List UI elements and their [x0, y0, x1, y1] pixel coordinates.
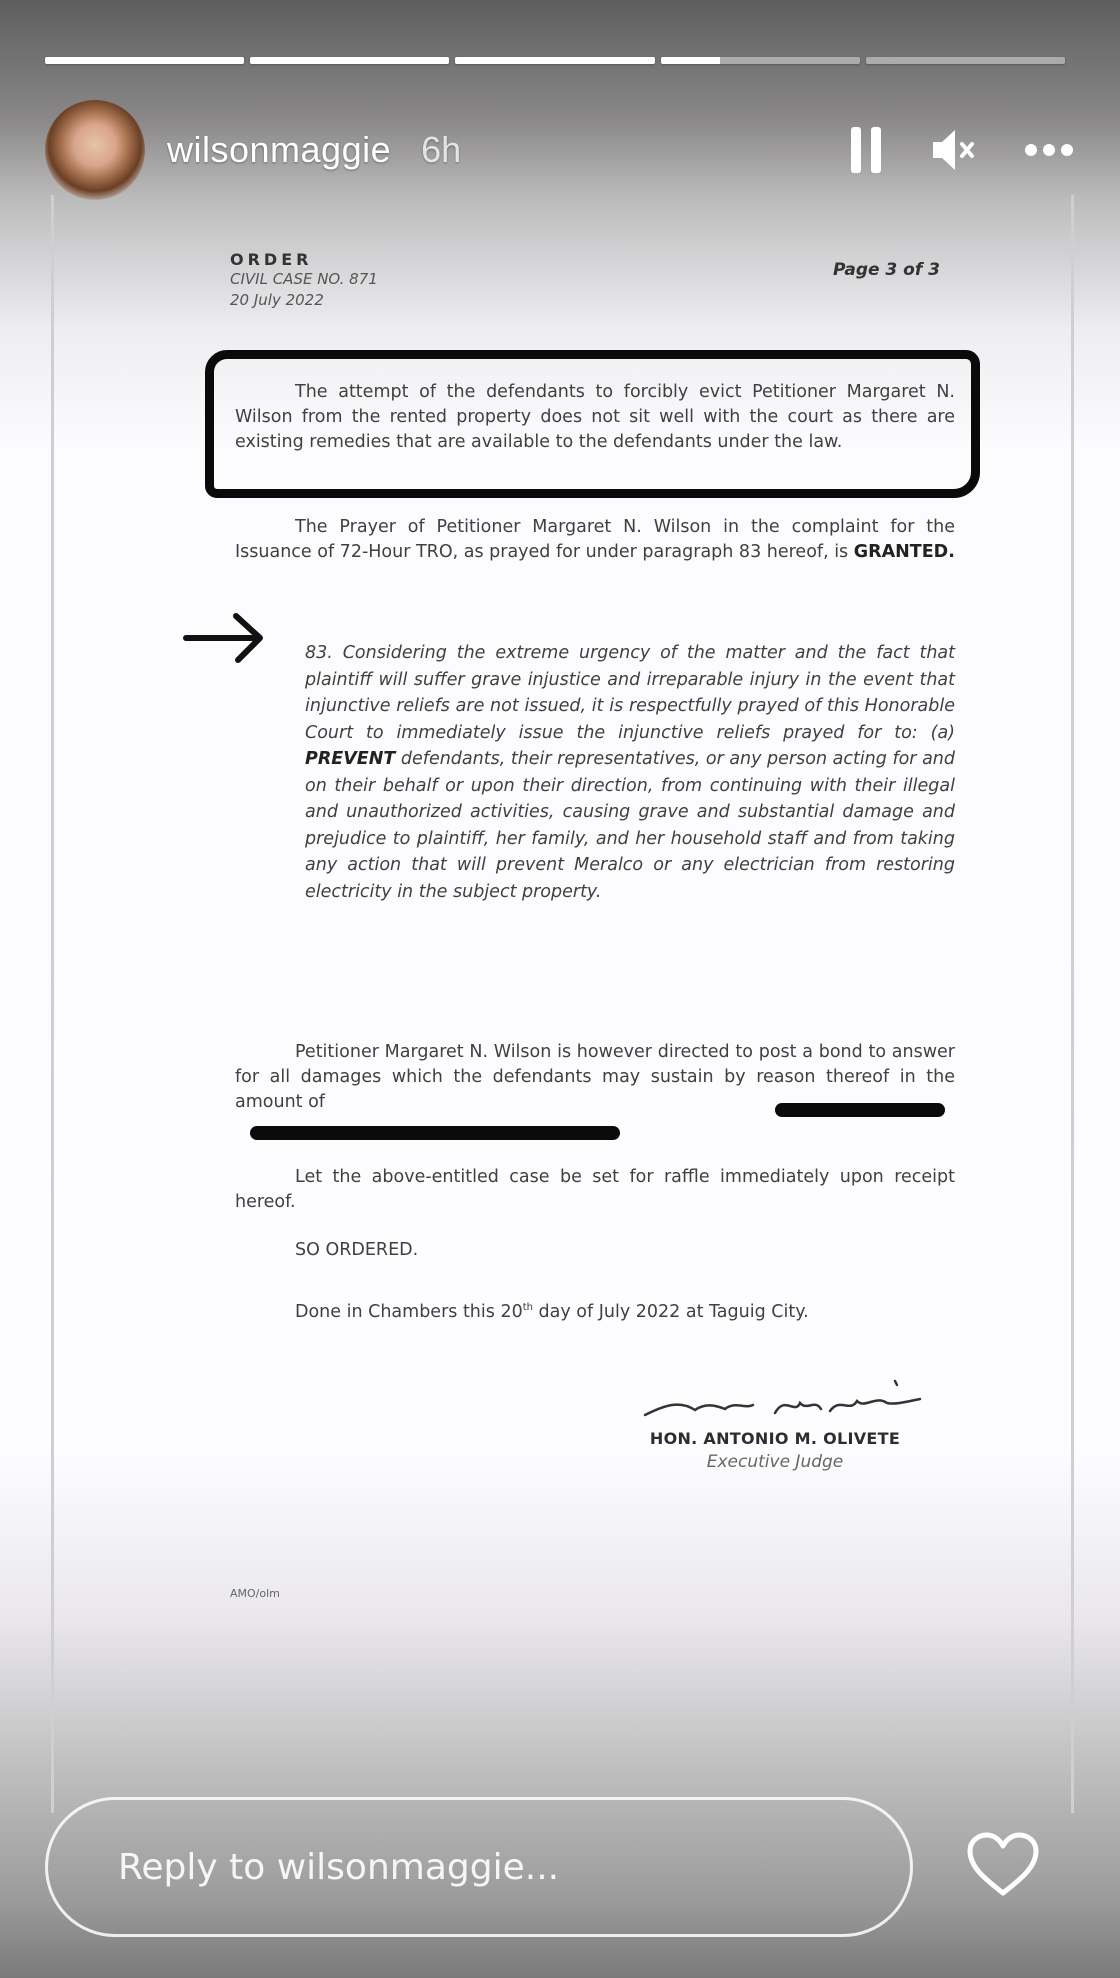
document-header: ORDER CIVIL CASE NO. 871 20 July 2022 Pa… [230, 250, 960, 330]
hand-drawn-arrow-icon [180, 608, 270, 668]
granted-text: GRANTED. [854, 542, 955, 562]
story-segment[interactable] [455, 57, 654, 64]
redaction-mark [775, 1103, 945, 1117]
reply-input[interactable] [118, 1847, 910, 1888]
username[interactable]: wilsonmaggie [167, 129, 391, 171]
more-dots-icon [1025, 144, 1073, 156]
pause-icon [851, 127, 881, 173]
paragraph-granted: The Prayer of Petitioner Margaret N. Wil… [235, 515, 955, 565]
more-options-button[interactable] [1025, 144, 1073, 156]
story-header: wilsonmaggie 6h [45, 100, 1075, 200]
done-in-chambers: Done in Chambers this 20th day of July 2… [295, 1302, 809, 1322]
story-segment-current[interactable] [661, 57, 860, 64]
story-segment[interactable] [45, 57, 244, 64]
signature-scribble-icon [625, 1375, 925, 1425]
page-number: Page 3 of 3 [833, 260, 940, 280]
paragraph-83: 83. Considering the extreme urgency of t… [305, 640, 955, 905]
document-page-right-edge [1071, 195, 1074, 1813]
paragraph-raffle: Let the above-entitled case be set for r… [235, 1165, 955, 1215]
redaction-mark [250, 1126, 620, 1140]
document-page-left-edge [51, 195, 54, 1813]
timestamp: 6h [421, 129, 461, 171]
avatar[interactable] [45, 100, 145, 200]
heart-outline-icon [965, 1831, 1041, 1899]
judge-name: HON. ANTONIO M. OLIVETE [615, 1429, 935, 1448]
typist-initials: AMO/olm [230, 1587, 280, 1600]
signature-block: HON. ANTONIO M. OLIVETE Executive Judge [615, 1375, 935, 1472]
court-order-document: ORDER CIVIL CASE NO. 871 20 July 2022 Pa… [230, 250, 960, 330]
pause-button[interactable] [851, 127, 881, 173]
document-date: 20 July 2022 [230, 290, 960, 311]
so-ordered: SO ORDERED. [295, 1240, 418, 1260]
story-progress [45, 57, 1065, 65]
story-segment[interactable] [866, 57, 1065, 64]
reply-field-container [45, 1797, 913, 1937]
mute-button[interactable] [929, 127, 977, 173]
story-segment[interactable] [250, 57, 449, 64]
paragraph-eviction: The attempt of the defendants to forcibl… [235, 380, 955, 455]
speaker-muted-icon [929, 127, 977, 173]
judge-title: Executive Judge [615, 1452, 935, 1472]
prevent-text: PREVENT [305, 749, 395, 769]
like-button[interactable] [965, 1831, 1041, 1904]
